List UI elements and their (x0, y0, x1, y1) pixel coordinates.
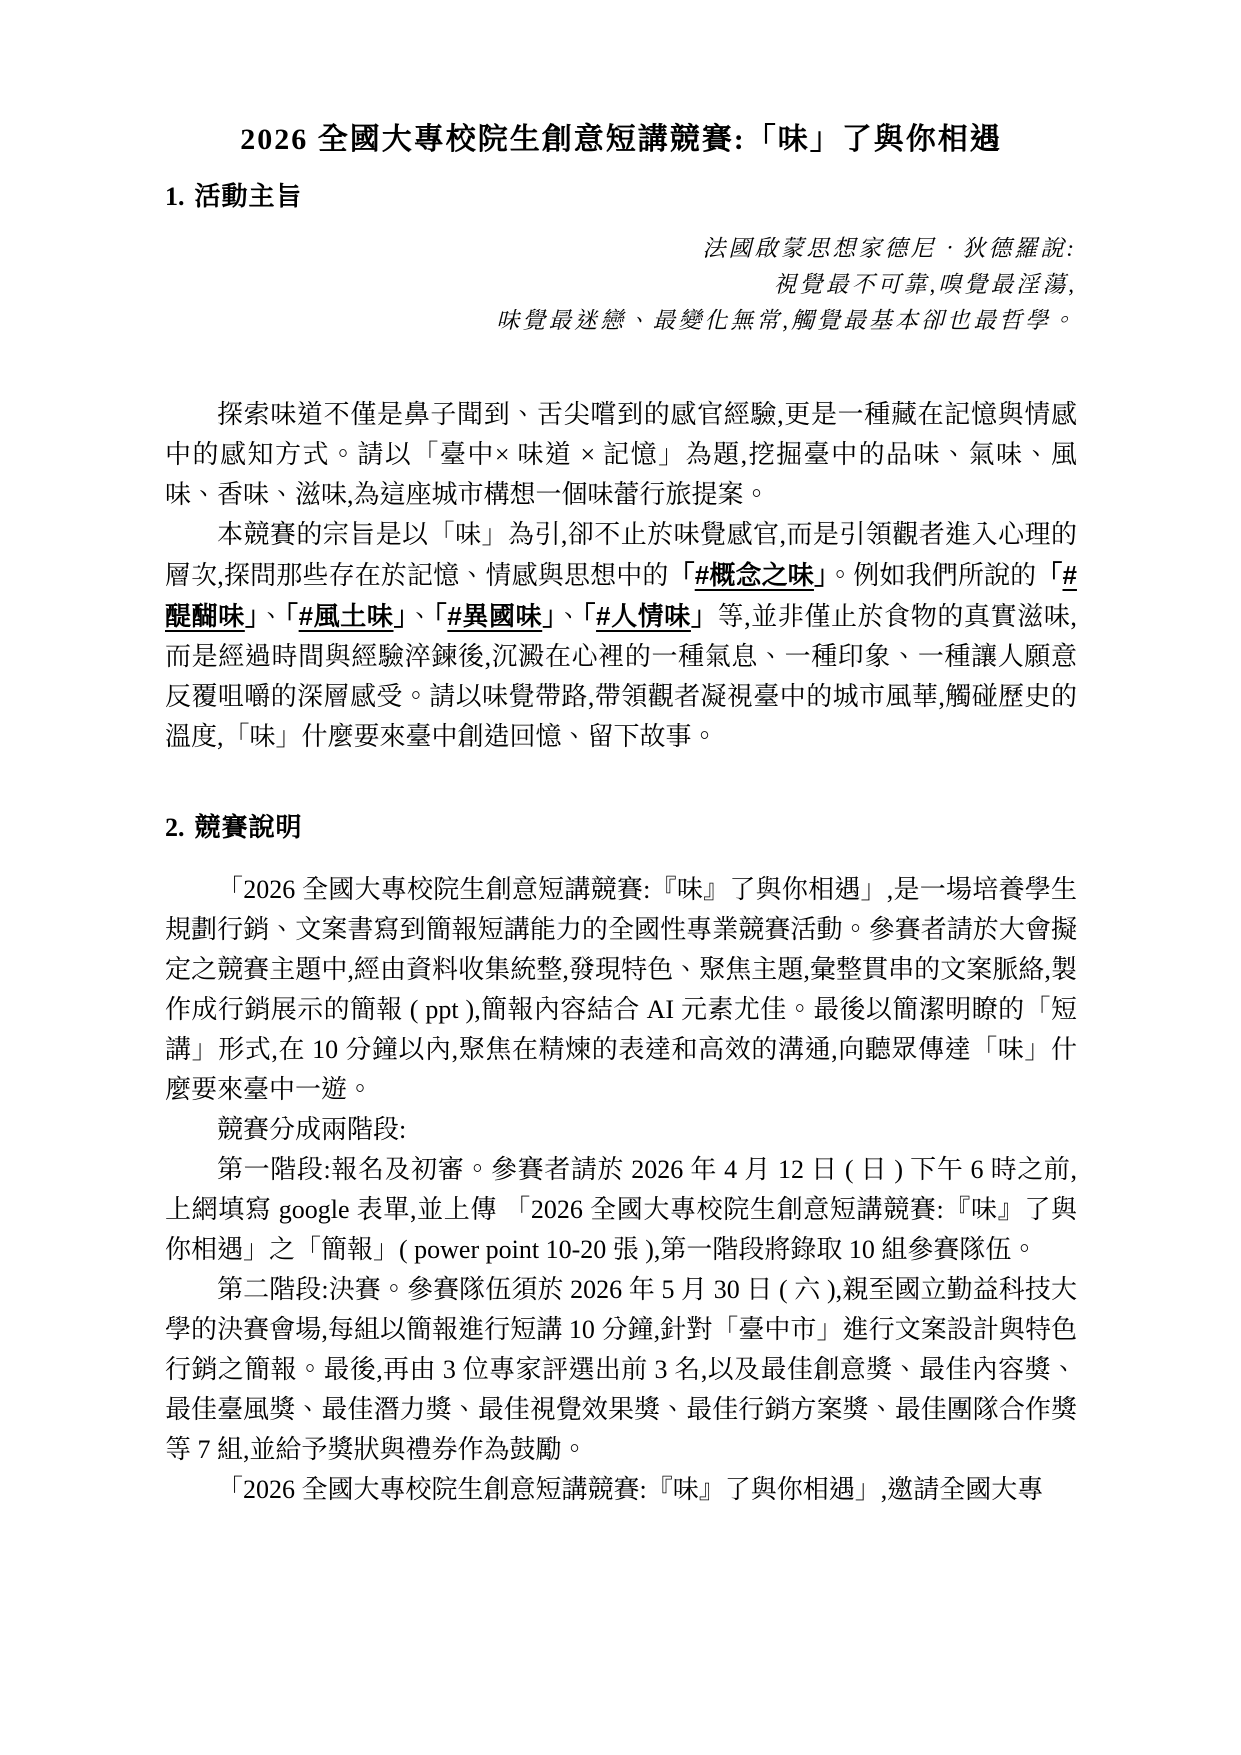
quote-line-1: 法國啟蒙思想家德尼‧狄德羅說: (165, 231, 1077, 267)
text-segment: 」 (245, 601, 259, 631)
text-segment: 「 (582, 601, 596, 631)
quote-block: 法國啟蒙思想家德尼‧狄德羅說: 視覺最不可靠,嗅覺最淫蕩, 味覺最迷戀、最變化無… (165, 231, 1077, 339)
quote-line-3: 味覺最迷戀、最變化無常,觸覺最基本卻也最哲學。 (165, 303, 1077, 339)
section-1-body: 探索味道不僅是鼻子聞到、舌尖嚐到的感官經驗,更是一種藏在記憶與情感中的感知方式。… (165, 395, 1077, 757)
text-segment: 、 (556, 602, 583, 631)
text-segment: #風土味 (299, 601, 394, 631)
text-segment: 」 (394, 601, 408, 631)
paragraph-invitation: 「2026 全國大專校院生創意短講競賽:『味』了與你相遇」,邀請全國大專 (165, 1470, 1077, 1510)
paragraph-two-stages: 競賽分成兩階段: (165, 1110, 1077, 1150)
text-segment: 「 (1036, 560, 1062, 590)
document-page: 2026 全國大專校院生創意短講競賽:「味」了與你相遇 1.活動主旨 法國啟蒙思… (0, 0, 1241, 1755)
paragraph-stage-one: 第一階段:報名及初審。參賽者請於 2026 年 4 月 12 日 ( 日 ) 下… (165, 1150, 1077, 1270)
section-2-number: 2. (165, 813, 185, 842)
text-segment: 、 (407, 602, 434, 631)
paragraph-competition-purpose: 本競賽的宗旨是以「味」為引,卻不止於味覺感官,而是引領觀者進入心理的層次,探問那… (165, 515, 1077, 757)
paragraph-exploring-taste: 探索味道不僅是鼻子聞到、舌尖嚐到的感官經驗,更是一種藏在記憶與情感中的感知方式。… (165, 395, 1077, 515)
quote-line-2: 視覺最不可靠,嗅覺最淫蕩, (165, 267, 1077, 303)
section-competition-description: 2.競賽說明 「2026 全國大專校院生創意短講競賽:『味』了與你相遇」,是一場… (165, 809, 1077, 1510)
section-2-heading: 2.競賽說明 (165, 809, 1077, 846)
text-segment: 「2026 全國大專校院生創意短講競賽:『味』了與你相遇」,是一場培養學生規劃行… (165, 875, 1077, 1104)
text-segment: 」 (542, 601, 556, 631)
text-segment: 第二階段:決賽。參賽隊伍須於 2026 年 5 月 30 日 ( 六 ),親至國… (165, 1275, 1077, 1464)
paragraph-stage-two: 第二階段:決賽。參賽隊伍須於 2026 年 5 月 30 日 ( 六 ),親至國… (165, 1270, 1077, 1470)
section-2-body: 「2026 全國大專校院生創意短講競賽:『味』了與你相遇」,是一場培養學生規劃行… (165, 870, 1077, 1510)
text-segment: 第一階段:報名及初審。參賽者請於 2026 年 4 月 12 日 ( 日 ) 下… (165, 1155, 1077, 1264)
text-segment: 「 (669, 560, 695, 590)
section-1-heading: 1.活動主旨 (165, 178, 1077, 215)
section-1-number: 1. (165, 182, 185, 211)
text-segment: 競賽分成兩階段: (217, 1115, 406, 1144)
section-2-heading-label: 競賽說明 (195, 812, 303, 842)
text-segment: #概念之味 (695, 560, 814, 590)
section-activity-purpose: 1.活動主旨 法國啟蒙思想家德尼‧狄德羅說: 視覺最不可靠,嗅覺最淫蕩, 味覺最… (165, 178, 1077, 757)
section-1-heading-label: 活動主旨 (195, 181, 303, 211)
text-segment: 」 (814, 560, 827, 590)
text-segment: 探索味道不僅是鼻子聞到、舌尖嚐到的感官經驗,更是一種藏在記憶與情感中的感知方式。… (165, 400, 1077, 509)
text-segment: #人情味 (596, 601, 691, 631)
text-segment: 、 (258, 602, 285, 631)
text-segment: #異國味 (447, 601, 542, 631)
document-title: 2026 全國大專校院生創意短講競賽:「味」了與你相遇 (165, 118, 1077, 162)
text-segment: 」 (691, 601, 718, 631)
text-segment: 「 (434, 601, 448, 631)
paragraph-competition-overview: 「2026 全國大專校院生創意短講競賽:『味』了與你相遇」,是一場培養學生規劃行… (165, 870, 1077, 1110)
text-segment: 「 (285, 601, 299, 631)
text-segment: 。例如我們所說的 (827, 561, 1036, 590)
text-segment: 「2026 全國大專校院生創意短講競賽:『味』了與你相遇」,邀請全國大專 (217, 1475, 1043, 1504)
